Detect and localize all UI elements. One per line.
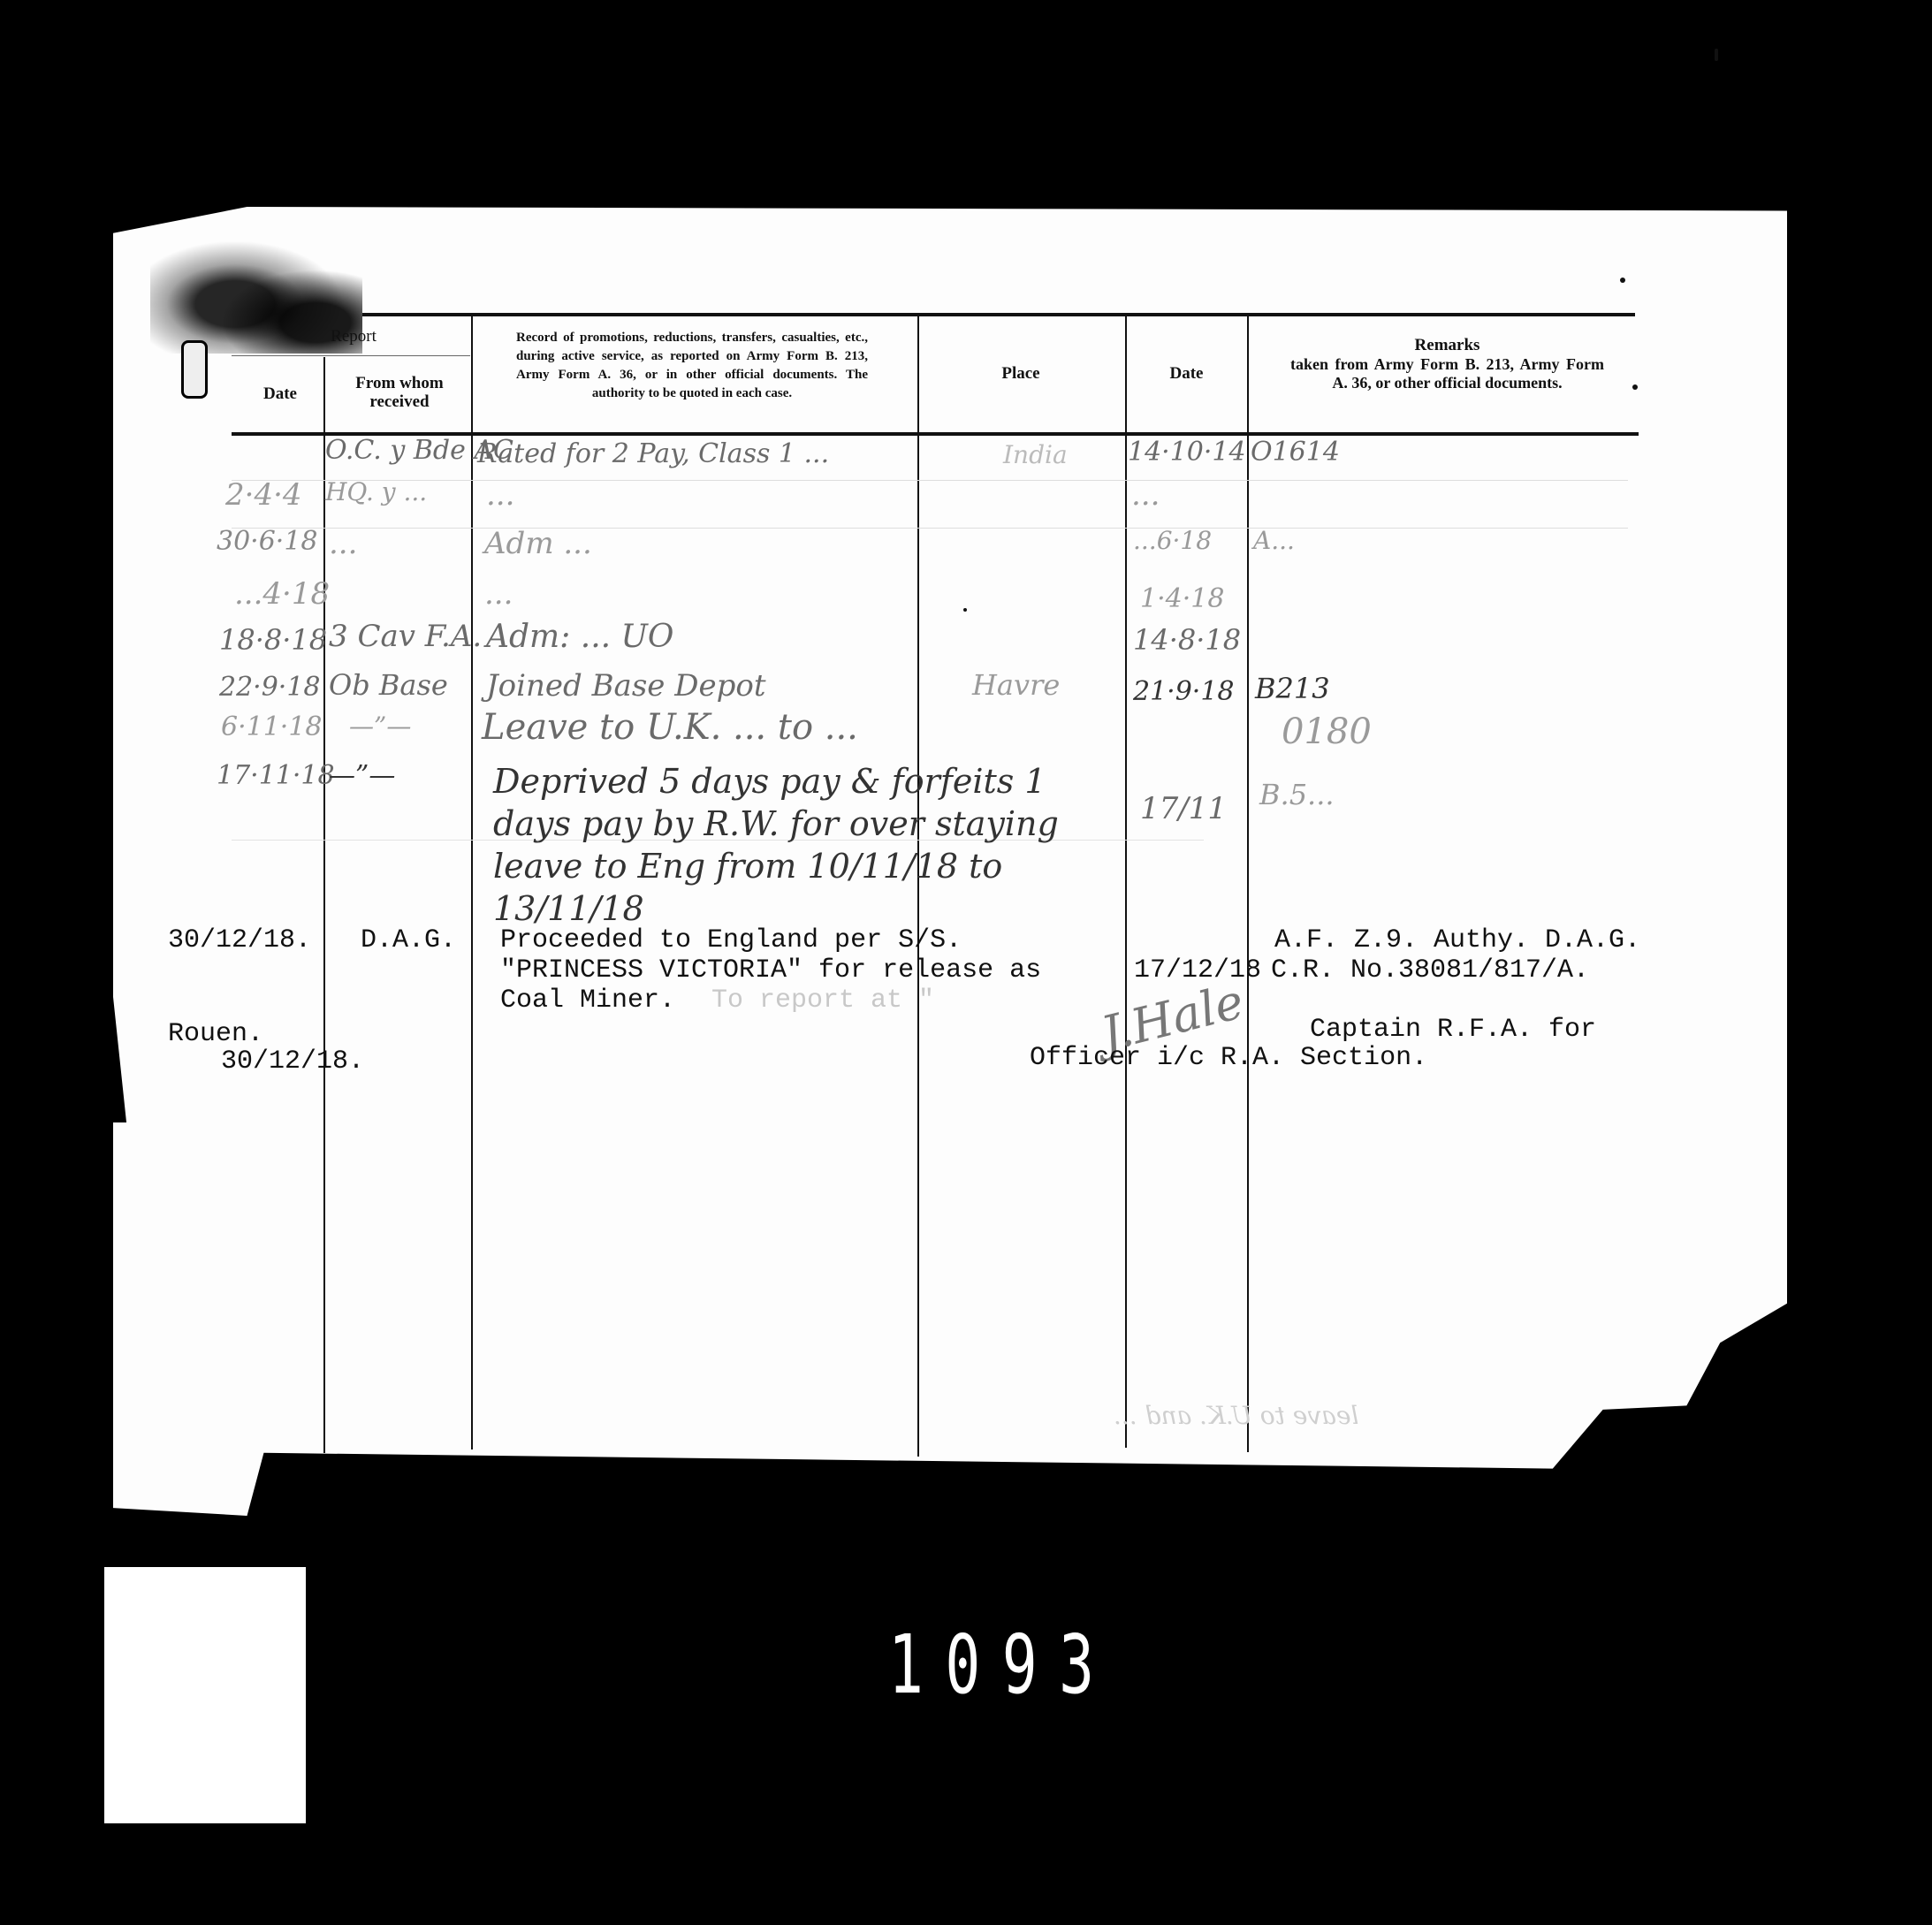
typed-date2: 17/12/18 (1134, 955, 1261, 985)
row6-place: Havre (972, 668, 1060, 702)
row6-record: Joined Base Depot (486, 668, 765, 704)
row5-date2: 14·8·18 (1133, 623, 1241, 657)
row1-record: Rated for 2 Pay, Class 1 ... (477, 438, 829, 469)
signatory-line1: Captain R.F.A. for (1310, 1015, 1596, 1045)
row7-from: —”— (349, 711, 411, 741)
row-rule (232, 528, 1628, 529)
typed-from: D.A.G. (361, 925, 456, 955)
row6-date2: 21·9·18 (1133, 676, 1235, 707)
col-line-4 (1125, 316, 1127, 1448)
header-remarks-title: Remarks (1290, 336, 1604, 354)
bleed-through-text: leave to U.K. and ... (1114, 1401, 1358, 1430)
header-place: Place (963, 364, 1078, 383)
row3-date2: ...6·18 (1133, 526, 1212, 555)
binding-tab (181, 340, 208, 399)
row6-date: 22·9·18 (219, 672, 321, 703)
row8-date: 17·11·18 (217, 760, 335, 791)
row8-from: —”— (329, 760, 395, 791)
row2-date: 2·4·4 (225, 477, 302, 513)
header-record: Record of promotions, reductions, transf… (516, 329, 868, 403)
col-line-1 (323, 357, 325, 1453)
typed-date-signed: 30/12/18. (221, 1046, 364, 1077)
document-sheet-lower (113, 1122, 1787, 1516)
row2-record: ... (486, 477, 514, 513)
row6-from: Ob Base (329, 668, 448, 702)
row1-date2: 14·10·14 (1128, 437, 1246, 468)
frame-number: 1093 (888, 1617, 1115, 1712)
header-top-rule (362, 313, 1635, 316)
row8-date2: 17/11 (1140, 791, 1227, 826)
row2-date2: ... (1131, 477, 1160, 513)
row3-from: ... (329, 526, 357, 561)
col-line-5 (1247, 316, 1249, 1452)
speck (963, 608, 967, 612)
row5-from: 3 Cav F.A. (329, 619, 482, 654)
speck (1620, 278, 1625, 283)
row3-date: 30·6·18 (217, 526, 318, 557)
row6-remarks: B213 (1255, 672, 1330, 705)
row3-record: Adm ... (484, 526, 592, 561)
row7-date: 6·11·18 (221, 711, 323, 742)
typed-date: 30/12/18. (168, 925, 311, 955)
typed-place-signed: Rouen. (168, 1019, 263, 1049)
header-from-whom: From whom received (338, 374, 461, 411)
header-date: Date (240, 384, 320, 403)
report-subrule (232, 355, 470, 356)
row-rule (232, 480, 1628, 481)
row1-place: India (1003, 440, 1068, 469)
header-date2: Date (1140, 364, 1233, 383)
typed-record-line2: "PRINCESS VICTORIA" for release as (500, 955, 1041, 985)
row8-record: Deprived 5 days pay & forfeits 1 days pa… (493, 760, 1112, 930)
header-remarks-body: taken from Army Form B. 213, Army Form A… (1290, 355, 1604, 392)
signatory-line2: Officer i/c R.A. Section. (1030, 1043, 1427, 1073)
typed-record-line1: Proceeded to England per S/S. (500, 925, 962, 955)
typed-remarks-line1: A.F. Z.9. Authy. D.A.G. (1274, 925, 1640, 955)
typed-record-line3: Coal Miner. (500, 985, 675, 1016)
typed-record-line3-faint: To report at " (711, 985, 934, 1016)
speck (1632, 384, 1638, 390)
row2-from: HQ. y ... (325, 477, 427, 506)
row8-remarks: B.5... (1259, 778, 1335, 811)
typed-remarks-line2: C.R. No.38081/817/A. (1271, 955, 1589, 985)
row1-remarks: O1614 (1251, 437, 1340, 468)
row5-record: Adm: ... UO (486, 619, 673, 655)
row4-date2: 1·4·18 (1140, 583, 1224, 614)
row5-date: 18·8·18 (219, 623, 327, 657)
row4-date: ...4·18 (234, 576, 330, 612)
row3-remarks: A... (1253, 526, 1295, 555)
blank-index-card (104, 1567, 306, 1823)
header-report: Report (300, 327, 407, 346)
row7-record: Leave to U.K. ... to ... (482, 707, 858, 748)
row7-remarks: 0180 (1282, 711, 1372, 752)
row4-record: ... (484, 576, 513, 612)
speck (1715, 49, 1718, 61)
col-line-2 (471, 316, 473, 1449)
